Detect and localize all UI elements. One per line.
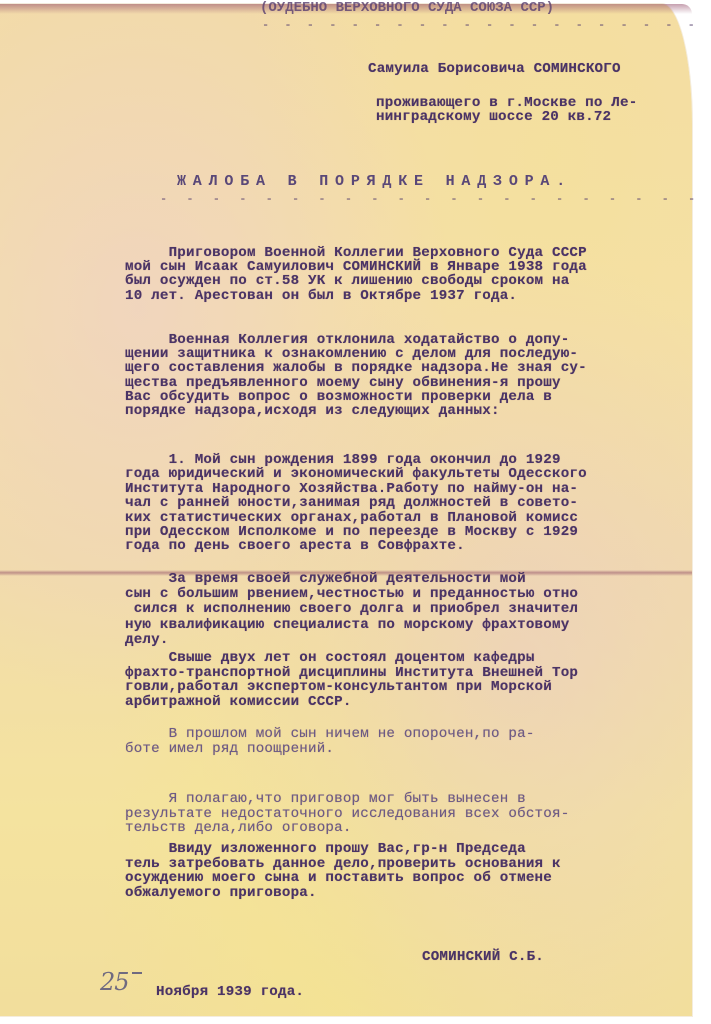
paragraph-line: Ввиду изложенного прошу Вас,гр-н Председ… — [125, 842, 526, 856]
paragraph-line: 1. Мой сын рождения 1899 года окончил до… — [125, 453, 561, 467]
title-underline: - - - - - - - - - - - - - - - - - - - - … — [160, 192, 711, 206]
paragraph-line: порядке надзора,исходя из следующих данн… — [125, 404, 500, 418]
signature: СОМИНСКИЙ С.Б. — [422, 950, 544, 964]
paragraph-line: чал с ранней юности,занимая ряд должност… — [125, 496, 578, 510]
paragraph-line: арбитражной комиссии СССР. — [125, 695, 352, 709]
paragraph-line: был осужден по ст.58 УК к лишению свобод… — [125, 274, 569, 288]
paragraph-line: Свыше двух лет он состоял доцентом кафед… — [125, 651, 535, 665]
paragraph-line: обжалуемого приговора. — [125, 886, 317, 900]
paragraph-line: сился к исполнению своего долга и приобр… — [125, 602, 578, 616]
paragraph-line: делу. — [125, 633, 169, 647]
paragraph-line: 10 лет. Арестован он был в Октябре 1937 … — [125, 289, 517, 303]
paragraph-line: Вас обсудить вопрос о возможности провер… — [125, 390, 552, 404]
paragraph-line: при Одесском Исполкоме и по переезде в М… — [125, 525, 578, 539]
paragraph-line: Приговором Военной Коллегии Верховного С… — [125, 246, 587, 260]
paragraph-line: ную квалификацию специалиста по морскому… — [125, 618, 569, 632]
sender-name: Самуила Борисовича СОМИНСКОГО — [368, 62, 621, 76]
header-underline: - - - - - - - - - - - - - - - - - - - - … — [262, 18, 711, 32]
paragraph-line: ких статистических органах,работал в Пла… — [125, 511, 578, 525]
paragraph-line: тельств дела,либо оговора. — [125, 821, 352, 835]
paragraph-line: щества предъявленного моему сыну обвинен… — [125, 376, 561, 390]
paragraph-line: боте имел ряд поощрений. — [125, 742, 334, 756]
paragraph-line: фрахто-транспортной дисциплины Института… — [125, 666, 578, 680]
court-header-strip: (ОУДЕБНО ВЕРХОВНОГО СУДА СОЮЗА ССР) — [260, 0, 554, 16]
paragraph-line: Института Народного Хозяйства.Работу по … — [125, 482, 578, 496]
paragraph-line: результате недостаточного исследования в… — [125, 807, 569, 821]
paragraph-line: Я полагаю,что приговор мог быть вынесен … — [125, 792, 526, 806]
paragraph-line: сын с большим рвением,честностью и преда… — [125, 587, 578, 601]
paragraph-line: осуждению моего сына и поставить вопрос … — [125, 871, 552, 885]
document-title: ЖАЛОБА В ПОРЯДКЕ НАДЗОРА. — [177, 173, 572, 190]
paragraph-line: В прошлом мой сын ничем не опорочен,по р… — [125, 727, 535, 741]
handwritten-dash — [132, 972, 142, 974]
paragraph-line: За время своей служебной деятельности мо… — [125, 572, 526, 586]
paragraph-line: года юридический и экономический факульт… — [125, 467, 587, 481]
paragraph-line: тель затребовать данное дело,проверить о… — [125, 857, 561, 871]
paragraph-line: года по день своего ареста в Совфрахте. — [125, 539, 465, 553]
paragraph-line: щего составления жалобы в порядке надзор… — [125, 361, 587, 375]
typed-date: Ноября 1939 года. — [156, 985, 304, 999]
sender-address-line2: нинградскому шоссе 20 кв.72 — [376, 110, 611, 124]
sender-address-line1: проживающего в г.Москве по Ле- — [376, 96, 637, 110]
paragraph-line: говли,работал экспертом-консультантом пр… — [125, 680, 552, 694]
paragraph-line: Военная Коллегия отклонила ходатайство о… — [125, 333, 569, 347]
handwritten-day: 25 — [100, 968, 129, 996]
